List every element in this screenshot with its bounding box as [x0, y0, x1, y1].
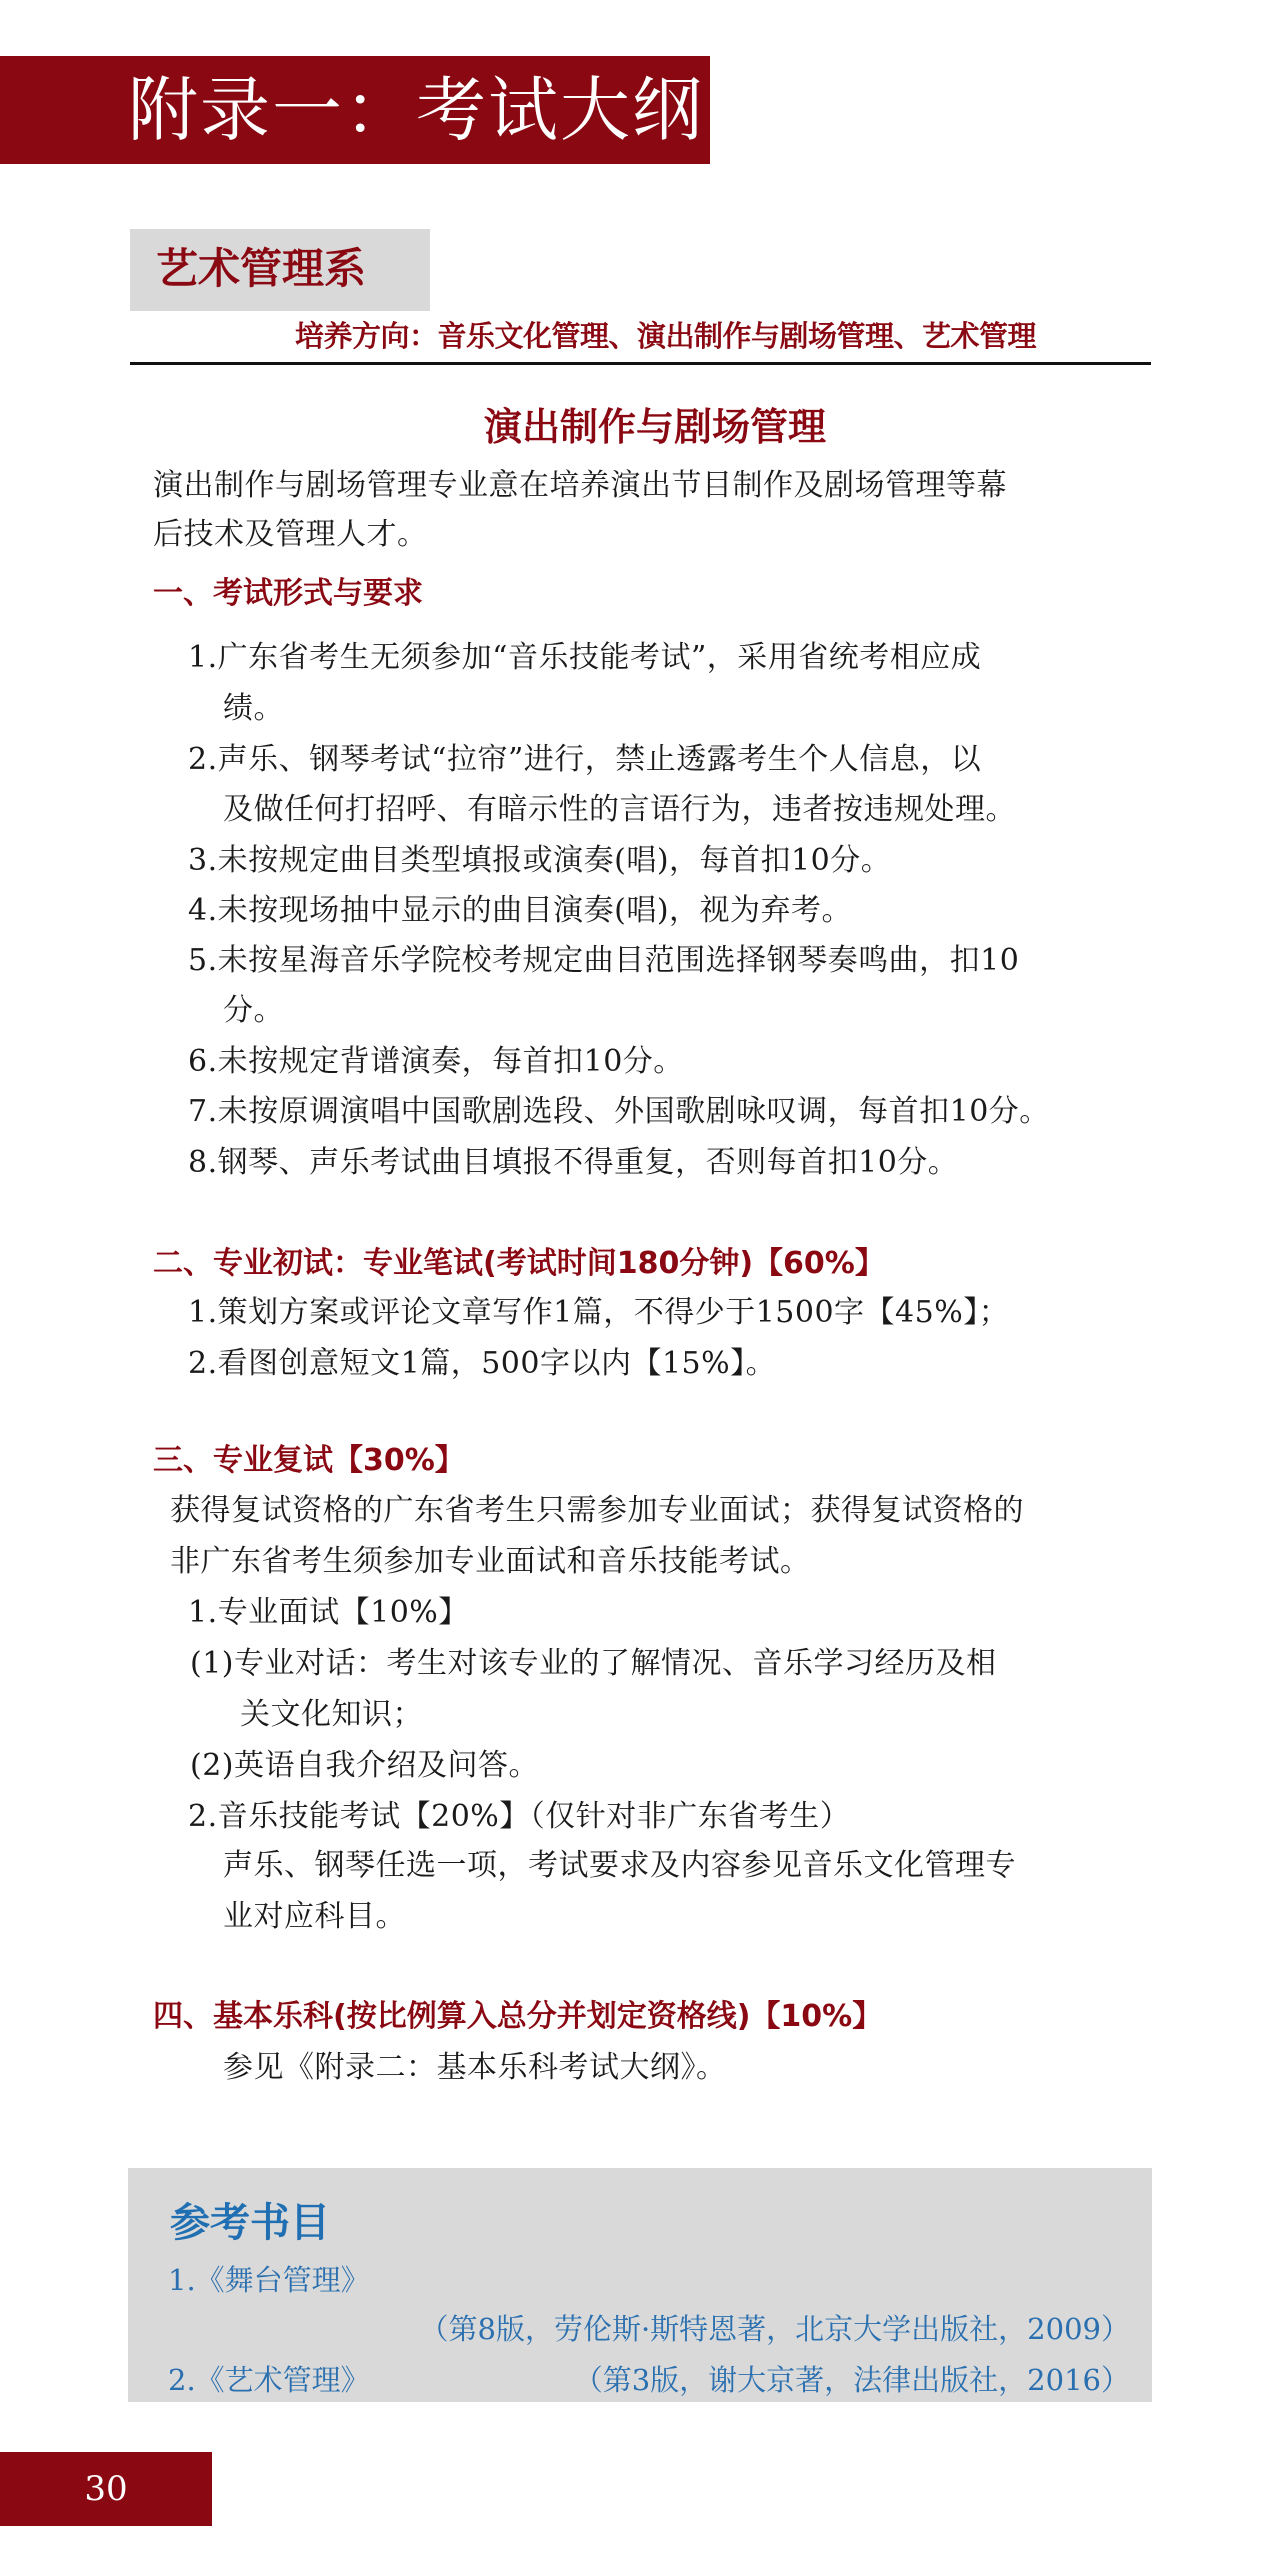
list-item-continuation: 声乐、钢琴任选一项，考试要求及内容参见音乐文化管理专 [223, 1846, 1016, 1886]
list-item-continuation: 分。 [223, 991, 284, 1031]
appendix-title: 附录一：考试大纲 [128, 68, 704, 152]
divider-rule [130, 362, 1151, 365]
bibliography-item-details: （第8版，劳伦斯·斯特恩著，北京大学出版社，2009） [420, 2309, 1130, 2349]
list-item: 1.广东省考生无须参加“音乐技能考试”，采用省统考相应成 [188, 638, 981, 678]
list-item-continuation: 绩。 [223, 689, 284, 729]
bibliography-item-title: 1.《舞台管理》 [168, 2260, 370, 2300]
page-number: 30 [0, 2467, 212, 2511]
section-heading-preliminary: 二、专业初试：专业笔试(考试时间180分钟)【60%】 [153, 1244, 885, 1284]
bibliography-item-details: （第3版，谢大京著，法律出版社，2016） [574, 2360, 1130, 2400]
list-item: 7.未按原调演唱中国歌剧选段、外国歌剧咏叹调，每首扣10分。 [188, 1092, 1050, 1132]
sub-list-item: (1)专业对话：考生对该专业的了解情况、音乐学习经历及相 [190, 1644, 997, 1684]
paragraph-line: 非广东省考生须参加专业面试和音乐技能考试。 [170, 1542, 811, 1582]
bibliography-panel: 参考书目 1.《舞台管理》 （第8版，劳伦斯·斯特恩著，北京大学出版社，2009… [128, 2168, 1152, 2402]
page-number-box: 30 [0, 2452, 212, 2526]
list-item-continuation: 业对应科目。 [223, 1897, 406, 1937]
sub-list-item-continuation: 关文化知识； [240, 1695, 423, 1735]
list-item: 4.未按现场抽中显示的曲目演奏(唱)，视为弃考。 [188, 891, 852, 931]
intro-line: 后技术及管理人才。 [153, 515, 428, 555]
bibliography-item-title: 2.《艺术管理》 [168, 2360, 370, 2400]
list-item-continuation: 及做任何打招呼、有暗示性的言语行为，违者按违规处理。 [223, 790, 1016, 830]
bibliography-heading: 参考书目 [170, 2198, 330, 2248]
list-item: 2.声乐、钢琴考试“拉帘”进行，禁止透露考生个人信息，以 [188, 740, 981, 780]
list-item: 1.专业面试【10%】 [188, 1593, 469, 1633]
appendix-title-band: 附录一：考试大纲 [0, 56, 710, 164]
department-label-box: 艺术管理系 [130, 229, 430, 311]
list-item: 8.钢琴、声乐考试曲目填报不得重复，否则每首扣10分。 [188, 1143, 958, 1183]
list-item: 2.看图创意短文1篇，500字以内【15%】。 [188, 1344, 776, 1384]
intro-line: 演出制作与剧场管理专业意在培养演出节目制作及剧场管理等幕 [153, 466, 1007, 506]
paragraph-line: 参见《附录二：基本乐科考试大纲》。 [223, 2048, 727, 2088]
list-item: 5.未按星海音乐学院校考规定曲目范围选择钢琴奏鸣曲，扣10 [188, 941, 1019, 981]
paragraph-line: 获得复试资格的广东省考生只需参加专业面试；获得复试资格的 [170, 1491, 1024, 1531]
section-heading-basic-music: 四、基本乐科(按比例算入总分并划定资格线)【10%】 [153, 1997, 882, 2037]
department-name: 艺术管理系 [156, 243, 366, 295]
list-item: 3.未按规定曲目类型填报或演奏(唱)，每首扣10分。 [188, 841, 891, 881]
sub-list-item: (2)英语自我介绍及问答。 [190, 1746, 539, 1786]
section-heading-retest: 三、专业复试【30%】 [153, 1441, 465, 1481]
list-item: 6.未按规定背谱演奏，每首扣10分。 [188, 1042, 684, 1082]
training-directions: 培养方向：音乐文化管理、演出制作与剧场管理、艺术管理 [295, 316, 1036, 356]
major-title: 演出制作与剧场管理 [0, 403, 1280, 451]
list-item: 1.策划方案或评论文章写作1篇，不得少于1500字【45%】； [188, 1293, 1009, 1333]
list-item: 2.音乐技能考试【20%】（仅针对非广东省考生） [188, 1797, 850, 1837]
section-heading-exam-format: 一、考试形式与要求 [153, 574, 423, 614]
